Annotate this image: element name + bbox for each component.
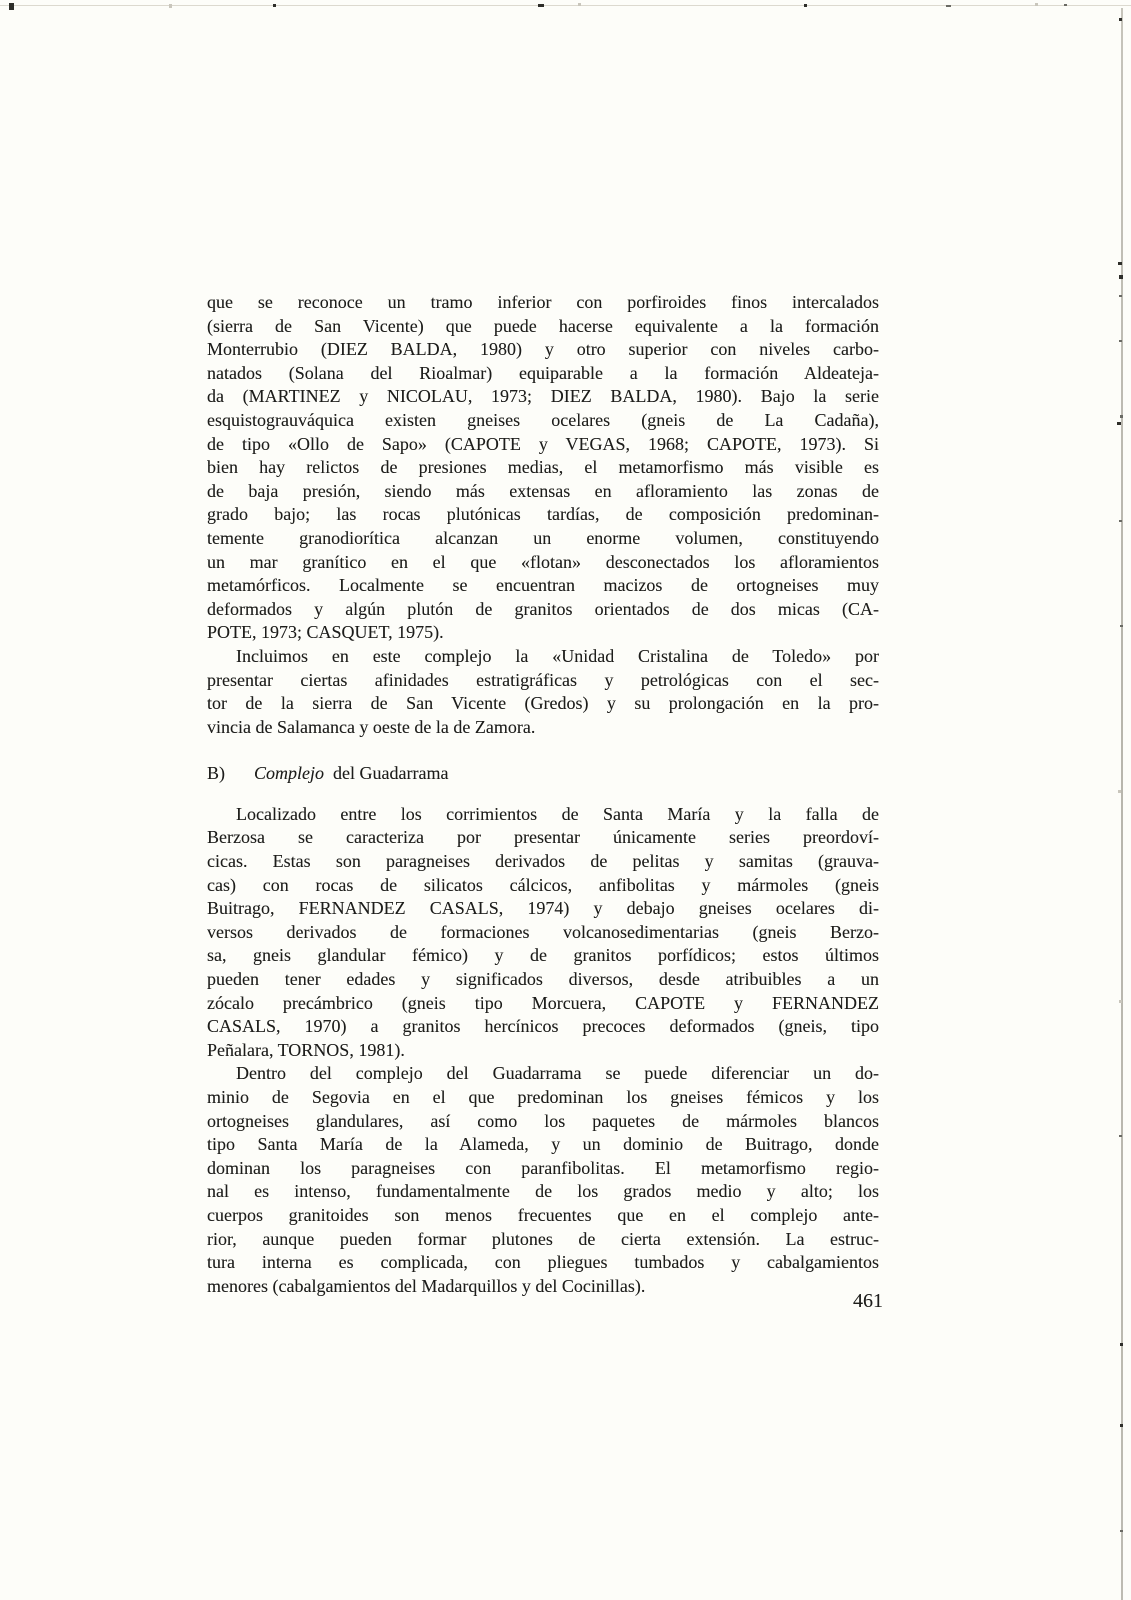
text-line: cas) con rocas de silicatos cálcicos, an… — [207, 874, 879, 898]
text-line: CASALS, 1970) a granitos hercínicos prec… — [207, 1015, 879, 1039]
text-line: Buitrago, FERNANDEZ CASALS, 1974) y deba… — [207, 897, 879, 921]
text-line: un mar granítico en el que «flotan» desc… — [207, 551, 879, 575]
text-line: minio de Segovia en el que predominan lo… — [207, 1086, 879, 1110]
text-line: cicas. Estas son paragneises derivados d… — [207, 850, 879, 874]
scan-speck — [804, 4, 807, 7]
text-line: versos derivados de formaciones volcanos… — [207, 921, 879, 945]
text-line: rior, aunque pueden formar plutones de c… — [207, 1228, 879, 1252]
scan-speck — [1120, 625, 1123, 627]
scan-speck — [1117, 422, 1121, 425]
scan-speck — [1120, 415, 1123, 418]
scan-speck — [1118, 790, 1121, 793]
scan-speck — [538, 4, 544, 7]
page-number: 461 — [207, 1289, 883, 1313]
text-line: dominan los paragneises con paranfibolit… — [207, 1157, 879, 1181]
heading-prefix: B) — [207, 762, 254, 786]
scan-speck — [273, 4, 276, 7]
text-line: zócalo precámbrico (gneis tipo Morcuera,… — [207, 992, 879, 1016]
text-line: tura interna es complicada, con pliegues… — [207, 1251, 879, 1275]
scan-speck — [9, 3, 14, 10]
text-line: cuerpos granitoides son menos frecuentes… — [207, 1204, 879, 1228]
heading-italic-word: Complejo — [254, 763, 324, 783]
scan-speck — [1119, 340, 1122, 342]
text-line: Incluimos en este complejo la «Unidad Cr… — [207, 645, 879, 669]
text-line: Monterrubio (DIEZ BALDA, 1980) y otro su… — [207, 338, 879, 362]
scan-speck — [1118, 262, 1122, 265]
text-line: (sierra de San Vicente) que puede hacers… — [207, 315, 879, 339]
text-line: tipo Santa María de la Alameda, y un dom… — [207, 1133, 879, 1157]
text-line: bien hay relictos de presiones medias, e… — [207, 456, 879, 480]
text-line: nal es intenso, fundamentalmente de los … — [207, 1180, 879, 1204]
text-line: de tipo «Ollo de Sapo» (CAPOTE y VEGAS, … — [207, 433, 879, 457]
paragraph: que se reconoce un tramo inferior con po… — [207, 291, 879, 645]
scan-speck — [169, 4, 172, 8]
text-line: deformados y algún plutón de granitos or… — [207, 598, 879, 622]
scan-speck — [1119, 520, 1122, 522]
text-line: Berzosa se caracteriza por presentar úni… — [207, 826, 879, 850]
text-line: presentar ciertas afinidades estratigráf… — [207, 669, 879, 693]
scan-speck — [1119, 1135, 1122, 1137]
scan-speck — [1035, 3, 1038, 6]
scan-speck — [1119, 295, 1122, 297]
heading-rest: del Guadarrama — [333, 763, 448, 783]
text-line: natados (Solana del Rioalmar) equiparabl… — [207, 362, 879, 386]
scan-speck — [1120, 1530, 1123, 1532]
text-line: metamórficos. Localmente se encuentran m… — [207, 574, 879, 598]
text-line: vincia de Salamanca y oeste de la de Zam… — [207, 716, 879, 740]
scan-speck — [578, 3, 581, 6]
scan-speck — [1120, 1424, 1123, 1427]
scan-speck — [1119, 1000, 1122, 1003]
page-text: que se reconoce un tramo inferior con po… — [207, 291, 879, 1298]
text-line: ortogneises glandulares, así como los pa… — [207, 1110, 879, 1134]
text-line: esquistograuváquica existen gneises ocel… — [207, 409, 879, 433]
text-line: sa, gneis glandular fémico) y de granito… — [207, 944, 879, 968]
text-line: POTE, 1973; CASQUET, 1975). — [207, 621, 879, 645]
text-line: temente granodiorítica alcanzan un enorm… — [207, 527, 879, 551]
text-line: grado bajo; las rocas plutónicas tardías… — [207, 503, 879, 527]
scan-speck — [1064, 4, 1067, 6]
text-line: Dentro del complejo del Guadarrama se pu… — [207, 1062, 879, 1086]
text-line: tor de la sierra de San Vicente (Gredos)… — [207, 692, 879, 716]
text-line: Peñalara, TORNOS, 1981). — [207, 1039, 879, 1063]
scan-right-edge-line — [1121, 8, 1123, 1600]
scan-speck — [1119, 18, 1122, 21]
scan-speck — [946, 5, 951, 7]
paragraph: Localizado entre los corrimientos de San… — [207, 803, 879, 1063]
text-line: Localizado entre los corrimientos de San… — [207, 803, 879, 827]
scan-speck — [1119, 275, 1123, 279]
paragraph: Dentro del complejo del Guadarrama se pu… — [207, 1062, 879, 1298]
text-line: de baja presión, siendo más extensas en … — [207, 480, 879, 504]
text-line: pueden tener edades y significados diver… — [207, 968, 879, 992]
scanned-page: que se reconoce un tramo inferior con po… — [0, 0, 1131, 1600]
paragraph: Incluimos en este complejo la «Unidad Cr… — [207, 645, 879, 739]
text-line: que se reconoce un tramo inferior con po… — [207, 291, 879, 315]
text-line: da (MARTINEZ y NICOLAU, 1973; DIEZ BALDA… — [207, 385, 879, 409]
scan-speck — [1120, 1343, 1123, 1346]
section-heading: B)Complejodel Guadarrama — [207, 762, 879, 786]
